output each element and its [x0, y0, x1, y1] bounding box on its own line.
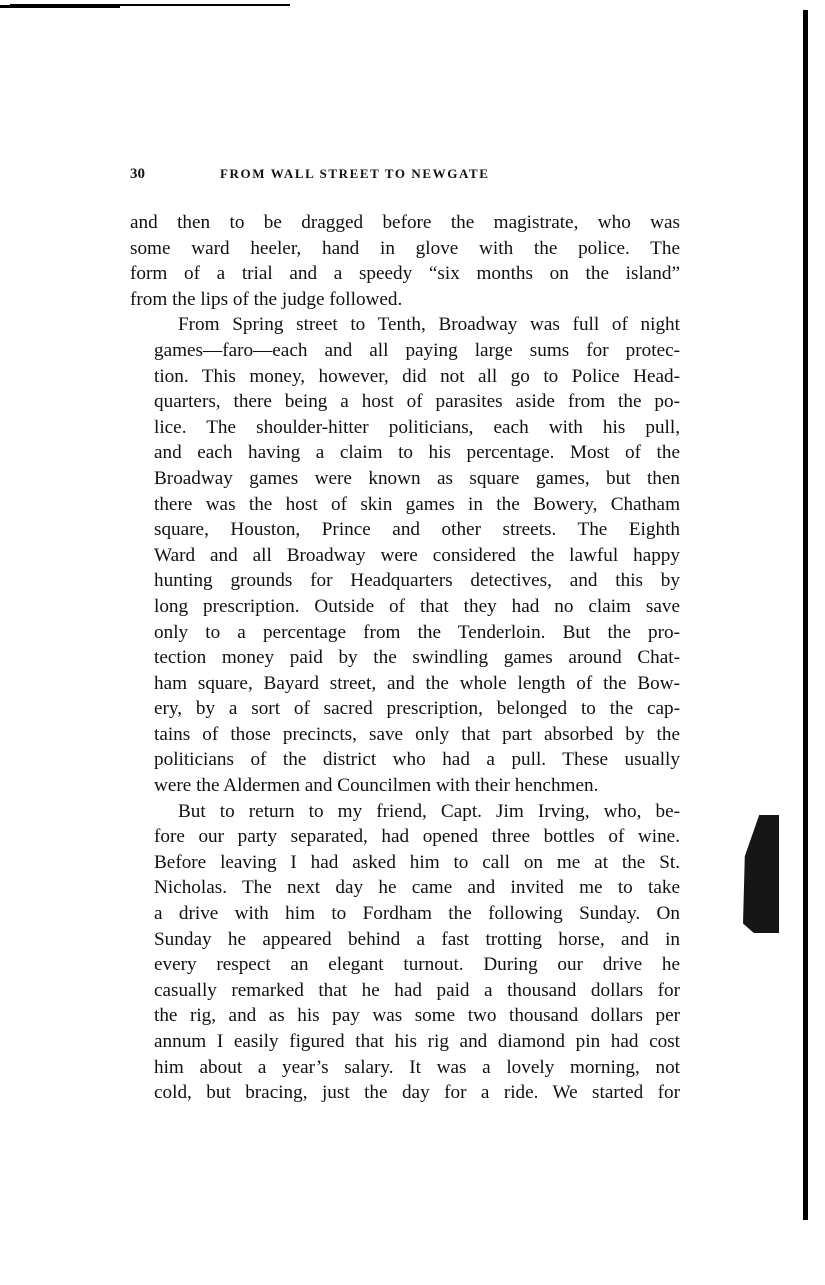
text-line: tains of those precincts, save only that… [130, 722, 680, 748]
text-line: there was the host of skin games in the … [130, 492, 680, 518]
text-line: annum I easily figured that his rig and … [130, 1029, 680, 1055]
body-text: and then to be dragged before the magist… [130, 210, 680, 1106]
text-line: every respect an elegant turnout. During… [130, 952, 680, 978]
running-head: 30 FROM WALL STREET TO NEWGATE [130, 166, 680, 192]
ink-blot [743, 815, 779, 933]
paragraph: But to return to my friend, Capt. Jim Ir… [130, 799, 680, 1106]
page-binding-edge [803, 10, 808, 1220]
page-number: 30 [130, 166, 178, 183]
text-line: Before leaving I had asked him to call o… [130, 850, 680, 876]
text-line: lice. The shoulder-hitter politicians, e… [130, 415, 680, 441]
text-line: Nicholas. The next day he came and invit… [130, 875, 680, 901]
text-line: games—faro—each and all paying large sum… [130, 338, 680, 364]
text-line: But to return to my friend, Capt. Jim Ir… [130, 799, 680, 825]
text-line: Broadway games were known as square game… [130, 466, 680, 492]
text-line: politicians of the district who had a pu… [130, 747, 680, 773]
running-head-title: FROM WALL STREET TO NEWGATE [220, 166, 490, 182]
text-line: were the Aldermen and Councilmen with th… [130, 773, 680, 799]
text-line: square, Houston, Prince and other street… [130, 517, 680, 543]
text-line: cold, but bracing, just the day for a ri… [130, 1080, 680, 1106]
book-page: 30 FROM WALL STREET TO NEWGATE and then … [130, 166, 680, 1106]
text-line: tection money paid by the swindling game… [130, 645, 680, 671]
text-line: ery, by a sort of sacred prescription, b… [130, 696, 680, 722]
text-line: tion. This money, however, did not all g… [130, 364, 680, 390]
text-line: only to a percentage from the Tenderloin… [130, 620, 680, 646]
text-line: ham square, Bayard street, and the whole… [130, 671, 680, 697]
text-line: From Spring street to Tenth, Broadway wa… [130, 312, 680, 338]
scan-edge-artifact [10, 4, 290, 6]
text-line: from the lips of the judge followed. [130, 287, 680, 313]
text-line: some ward heeler, hand in glove with the… [130, 236, 680, 262]
text-line: and then to be dragged before the magist… [130, 210, 680, 236]
paragraph: and then to be dragged before the magist… [130, 210, 680, 312]
text-line: long prescription. Outside of that they … [130, 594, 680, 620]
text-line: Sunday he appeared behind a fast trottin… [130, 927, 680, 953]
text-line: a drive with him to Fordham the followin… [130, 901, 680, 927]
text-line: hunting grounds for Headquarters detecti… [130, 568, 680, 594]
text-line: Ward and all Broadway were considered th… [130, 543, 680, 569]
text-line: quarters, there being a host of parasite… [130, 389, 680, 415]
paragraph: From Spring street to Tenth, Broadway wa… [130, 312, 680, 798]
text-line: the rig, and as his pay was some two tho… [130, 1003, 680, 1029]
text-line: and each having a claim to his percentag… [130, 440, 680, 466]
text-line: form of a trial and a speedy “six months… [130, 261, 680, 287]
text-line: him about a year’s salary. It was a love… [130, 1055, 680, 1081]
text-line: casually remarked that he had paid a tho… [130, 978, 680, 1004]
text-line: fore our party separated, had opened thr… [130, 824, 680, 850]
